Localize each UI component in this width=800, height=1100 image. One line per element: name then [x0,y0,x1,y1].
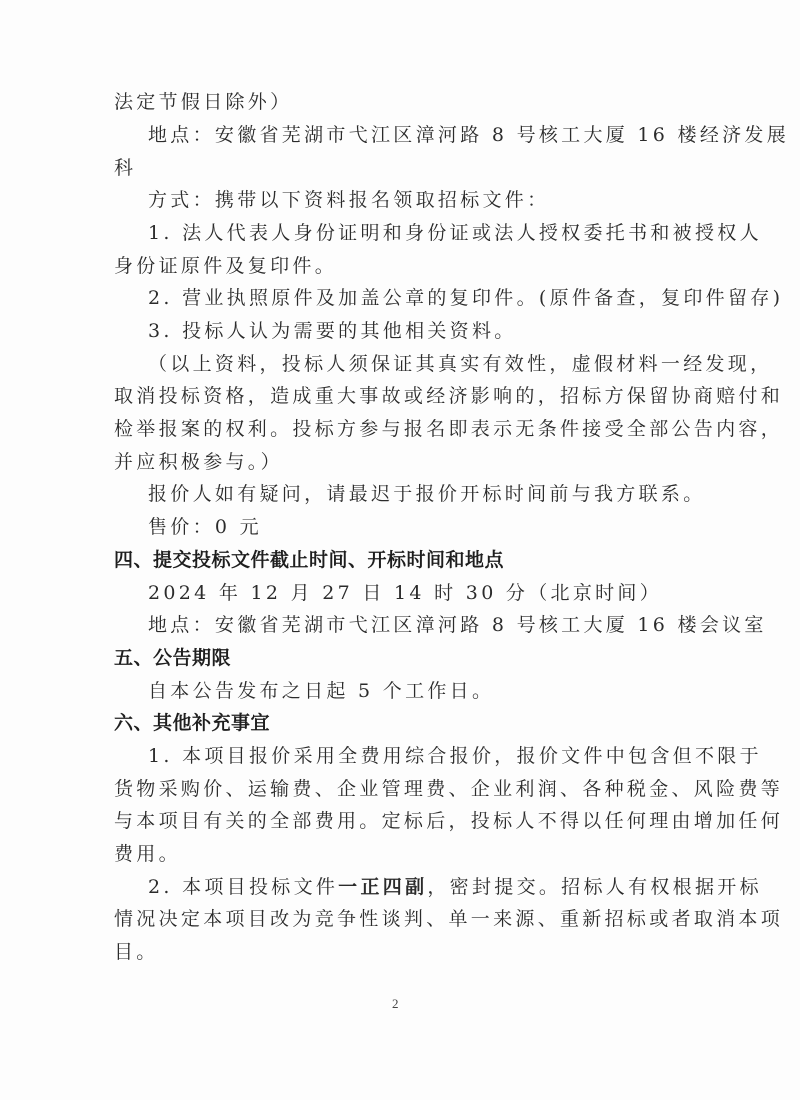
text-line-s6-item-2-cont-2: 目。 [114,936,674,969]
text-line-note-cont-2: 检举报案的权利。投标方参与报名即表示无条件接受全部公告内容， [114,413,674,446]
text-line-deadline: 2024 年 12 月 27 日 14 时 30 分（北京时间） [148,577,708,610]
section-heading-6: 六、其他补充事宜 [114,707,674,740]
text-line-note: （以上资料，投标人须保证其真实有效性，虚假材料一经发现， [148,348,708,381]
text-line-note-cont-3: 并应积极参与。） [114,446,674,479]
text-line-registration-location: 地点：安徽省芜湖市弋江区漳河路 8 号核工大厦 16 楼经济发展 [148,119,708,152]
text-line-s6-item-1-cont-2: 与本项目有关的全部费用。定标后，投标人不得以任何理由增加任何 [114,805,674,838]
text-line-s6-item-1-cont-1: 货物采购价、运输费、企业管理费、企业利润、各种税金、风险费等 [114,773,674,806]
text-line-note-cont-1: 取消投标资格，造成重大事故或经济影响的，招标方保留协商赔付和 [114,380,674,413]
text-line-item-1-cont: 身份证原件及复印件。 [114,250,674,283]
text-line-item-3: 3. 投标人认为需要的其他相关资料。 [148,315,708,348]
page-number: 2 [392,996,399,1012]
text-line-continuation-hours: 法定节假日除外） [114,86,674,119]
section-heading-4: 四、提交投标文件截止时间、开标时间和地点 [114,544,674,577]
text-line-registration-location-cont: 科 [114,152,674,185]
text-line-opening-location: 地点：安徽省芜湖市弋江区漳河路 8 号核工大厦 16 楼会议室 [148,609,708,642]
text-line-s6-item-1: 1. 本项目报价采用全费用综合报价，报价文件中包含但不限于 [148,740,708,773]
text-line-item-2: 2. 营业执照原件及加盖公章的复印件。(原件备查，复印件留存) [148,282,708,315]
s6-item-2-prefix: 2. 本项目投标文件 [148,876,338,898]
text-line-s6-item-2-cont-1: 情况决定本项目改为竞争性谈判、单一来源、重新招标或者取消本项 [114,903,674,936]
text-line-price: 售价：0 元 [148,511,708,544]
text-line-item-1: 1. 法人代表人身份证明和身份证或法人授权委托书和被授权人 [148,217,708,250]
text-line-method: 方式：携带以下资料报名领取招标文件： [148,184,708,217]
document-page: 法定节假日除外） 地点：安徽省芜湖市弋江区漳河路 8 号核工大厦 16 楼经济发… [0,0,800,1100]
section-heading-5: 五、公告期限 [114,642,674,675]
text-line-s6-item-1-cont-3: 费用。 [114,838,674,871]
text-line-notice-period: 自本公告发布之日起 5 个工作日。 [148,675,708,708]
s6-item-2-copies-bold: 一正四副 [338,876,427,898]
text-line-s6-item-2: 2. 本项目投标文件一正四副，密封提交。招标人有权根据开标 [148,871,708,904]
s6-item-2-suffix: ，密封提交。招标人有权根据开标 [427,876,762,898]
text-line-contact: 报价人如有疑问，请最迟于报价开标时间前与我方联系。 [148,478,708,511]
